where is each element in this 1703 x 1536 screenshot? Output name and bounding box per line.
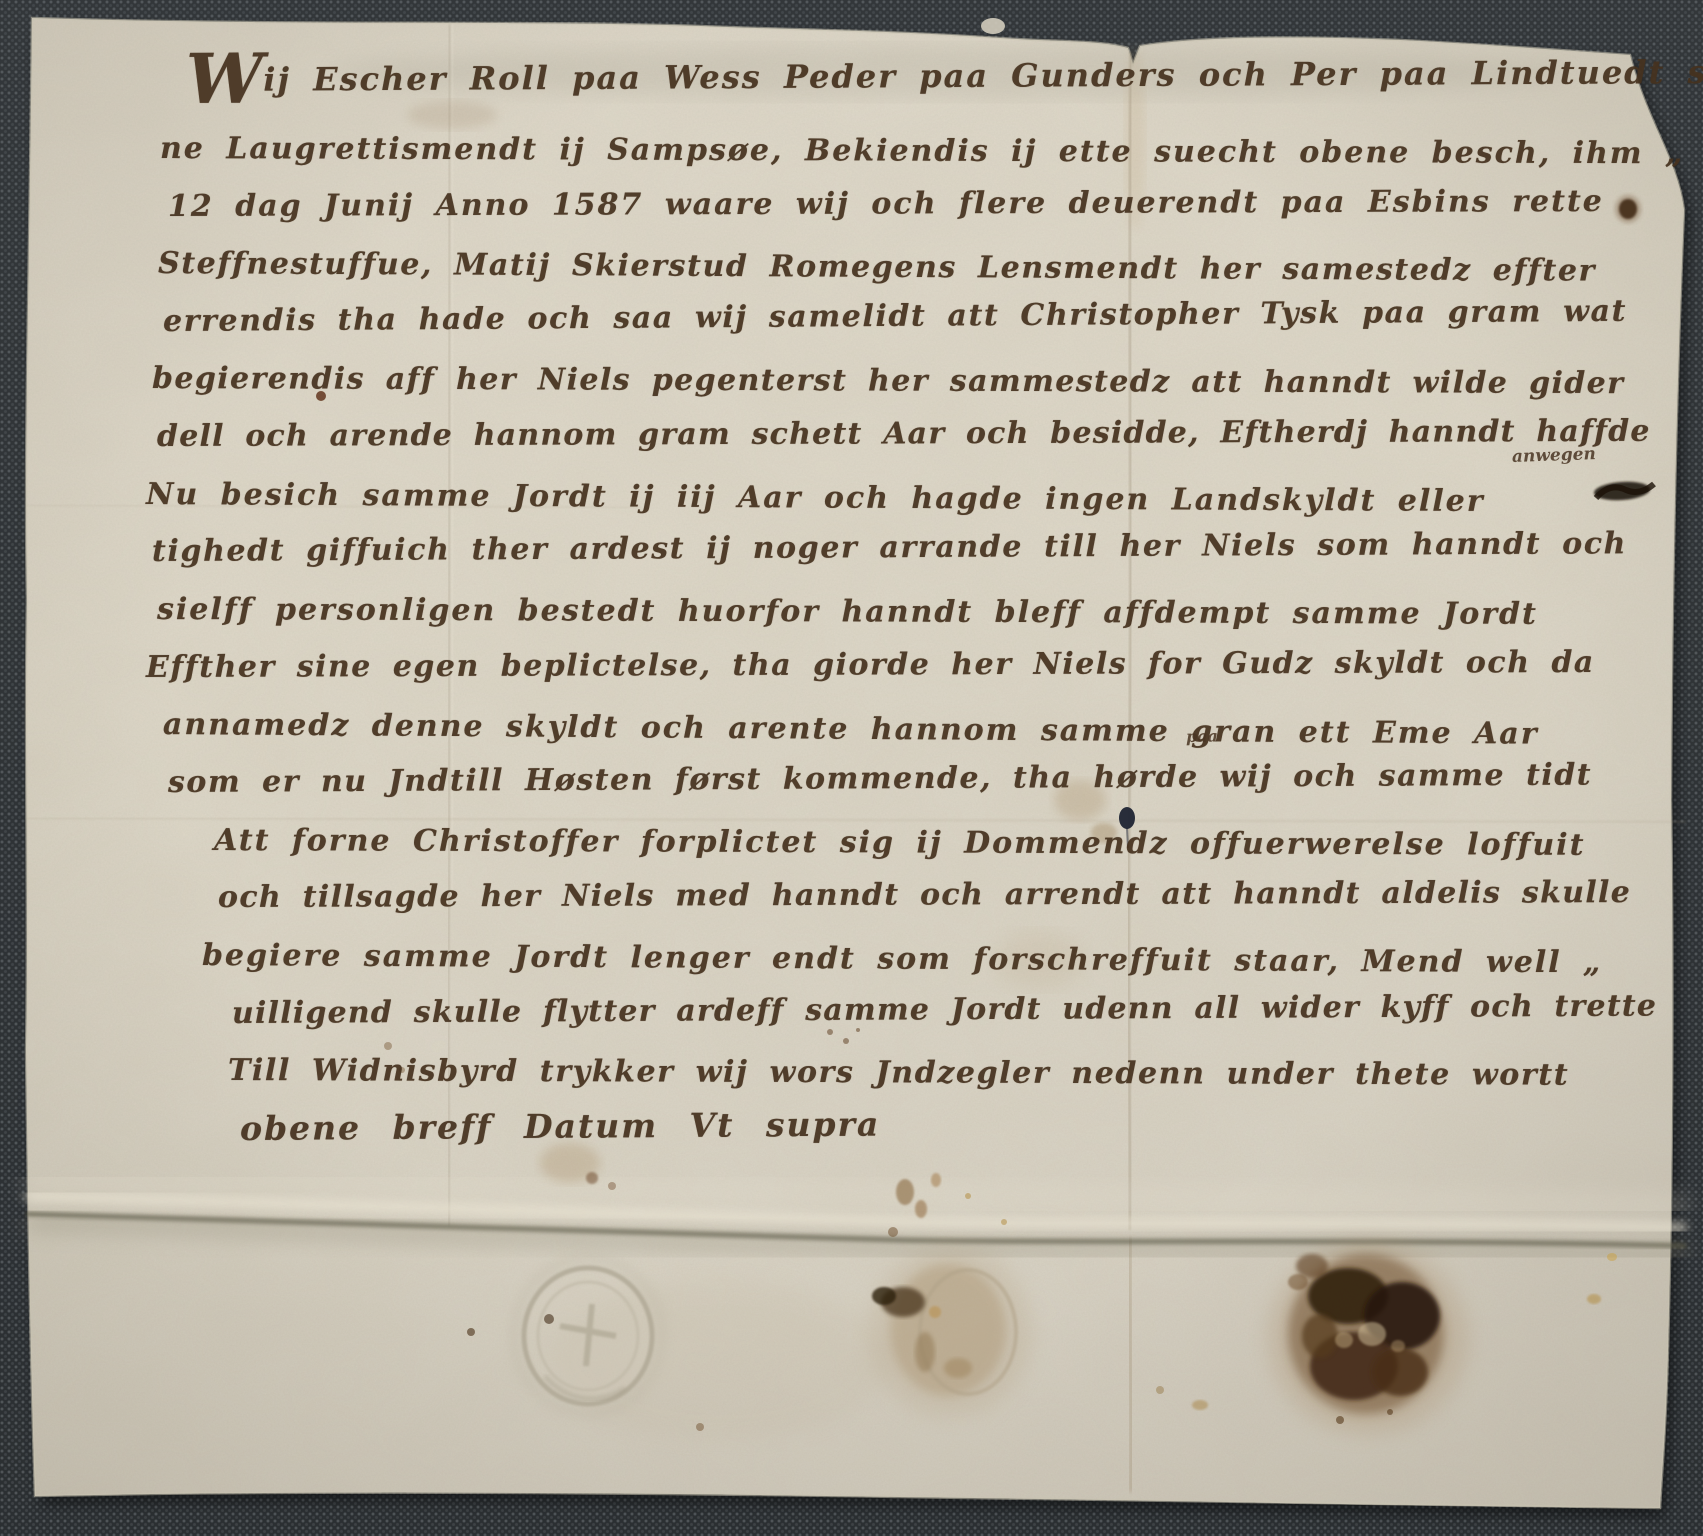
paper-sheet-graphic [0, 0, 1703, 1536]
manuscript-photograph: Wij Escher Roll paa Wess Peder paa Gunde… [0, 0, 1703, 1536]
dark-wax-seal [1268, 1242, 1468, 1434]
blind-embossed-seal [514, 1258, 662, 1414]
ink-blot [1119, 807, 1135, 829]
faded-wax-seal [868, 1246, 1032, 1418]
